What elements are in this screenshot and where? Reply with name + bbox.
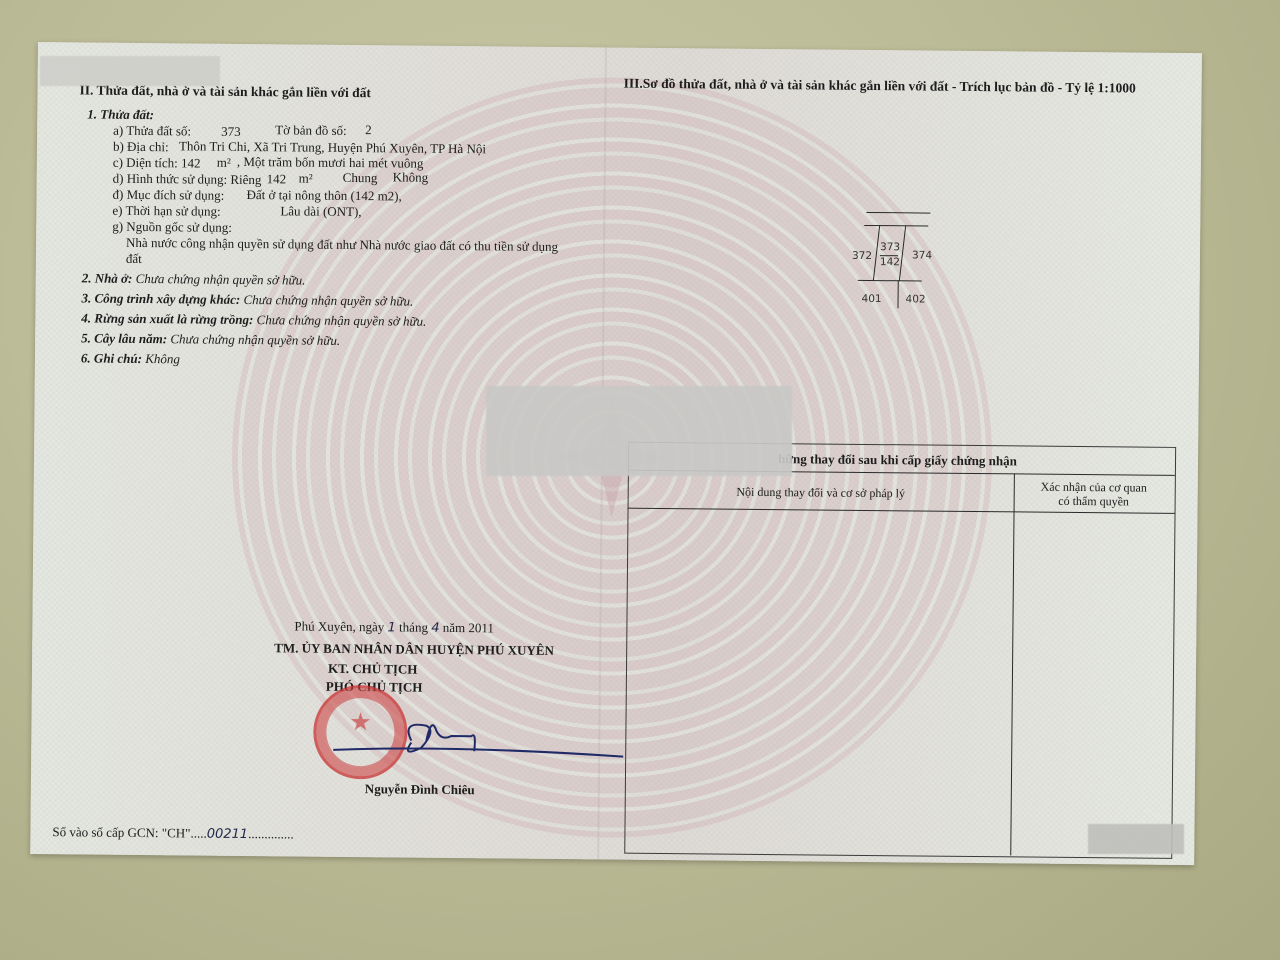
changes-table-title: hững thay đổi sau khi cấp giấy chứng nhậ…	[778, 451, 1017, 469]
item-planted-forest: 4. Rừng sản xuất là rừng trồng: Chưa chứ…	[81, 310, 426, 329]
item-house-label: 2. Nhà ở:	[82, 270, 133, 285]
item-other-construction-value: Chưa chứng nhận quyền sở hữu.	[243, 292, 413, 309]
item-planted-forest-value: Chưa chứng nhận quyền sở hữu.	[257, 312, 427, 329]
parcel-number-map: 373	[880, 241, 900, 253]
item-perennial-trees: 5. Cây lâu năm: Chưa chứng nhận quyền sở…	[81, 330, 340, 348]
parcel-area-map: 142	[880, 256, 900, 268]
area-label: c) Diện tích: 142	[113, 155, 201, 172]
purpose-value: Đất ở tại nông thôn (142 m2),	[246, 187, 401, 204]
usage-common-label: Chung	[343, 170, 378, 186]
item-house: 2. Nhà ở: Chưa chứng nhận quyền sở hữu.	[82, 270, 306, 288]
item-planted-forest-label: 4. Rừng sản xuất là rừng trồng:	[81, 310, 253, 327]
origin-value-line1: Nhà nước công nhận quyền sử dụng đất như…	[126, 235, 558, 255]
signature-icon	[331, 710, 632, 773]
registry-number: 00211	[207, 827, 249, 842]
purpose-label: đ) Mục đích sử dụng:	[112, 187, 224, 204]
signing-year: năm 2011	[443, 620, 494, 635]
item-notes: 6. Ghi chú: Không	[81, 350, 180, 367]
area-unit: m²	[217, 155, 231, 171]
place-date-prefix: Phú Xuyên, ngày	[294, 618, 384, 634]
parcel-number-value: 373	[221, 124, 241, 140]
origin-label: g) Nguồn gốc sử dụng:	[112, 219, 232, 236]
usage-form-label: d) Hình thức sử dụng: Riêng	[113, 171, 262, 188]
usage-common-value: Không	[393, 169, 429, 185]
redacted-region	[40, 56, 220, 86]
address-label: b) Địa chỉ:	[113, 139, 169, 156]
month-label: tháng	[399, 619, 428, 634]
neighbor-bottom-right: 402	[906, 293, 926, 305]
signer-role-1: KT. CHỦ TỊCH	[328, 661, 418, 678]
item-other-construction-label: 3. Công trình xây dựng khác:	[81, 290, 240, 307]
map-sheet-value: 2	[365, 122, 372, 138]
item-other-construction: 3. Công trình xây dựng khác: Chưa chứng …	[81, 290, 413, 309]
signing-place-date: Phú Xuyên, ngày 1 tháng 4 năm 2011	[294, 618, 494, 636]
redacted-region	[1088, 824, 1184, 854]
item-house-value: Chưa chứng nhận quyền sở hữu.	[136, 271, 306, 288]
redacted-region	[486, 386, 792, 476]
parcel-number-label: a) Thửa đất số:	[113, 123, 191, 140]
origin-value-line2: đất	[126, 251, 142, 267]
parcel-map: 373 142 372 374 401 402	[38, 42, 1202, 53]
registry-label: Số vào sổ cấp GCN: "CH"	[52, 824, 190, 840]
registry-number-line: Số vào sổ cấp GCN: "CH".....00211.......…	[52, 824, 293, 842]
term-label: e) Thời hạn sử dụng:	[112, 203, 220, 220]
changes-col-confirm-line2: có thẩm quyền	[1014, 493, 1174, 510]
item-perennial-trees-value: Chưa chứng nhận quyền sở hữu.	[170, 331, 340, 348]
signer-name: Nguyễn Đình Chiêu	[365, 781, 475, 798]
usage-private-unit: m²	[299, 171, 313, 187]
neighbor-bottom-left: 401	[862, 293, 882, 305]
signing-day: 1	[387, 620, 395, 635]
usage-private-value: 142	[267, 171, 287, 187]
signing-month: 4	[431, 621, 439, 636]
neighbor-left: 372	[852, 250, 872, 262]
item-perennial-trees-label: 5. Cây lâu năm:	[81, 330, 167, 346]
land-heading: 1. Thửa đất:	[87, 106, 154, 123]
item-notes-label: 6. Ghi chú:	[81, 350, 142, 366]
map-sheet-label: Tờ bản đồ số:	[275, 122, 347, 139]
term-value: Lâu dài (ONT),	[280, 203, 361, 220]
authority-name: TM. ỦY BAN NHÂN DÂN HUYỆN PHÚ XUYÊN	[274, 640, 554, 659]
item-notes-value: Không	[145, 351, 180, 366]
neighbor-right: 374	[912, 249, 932, 261]
